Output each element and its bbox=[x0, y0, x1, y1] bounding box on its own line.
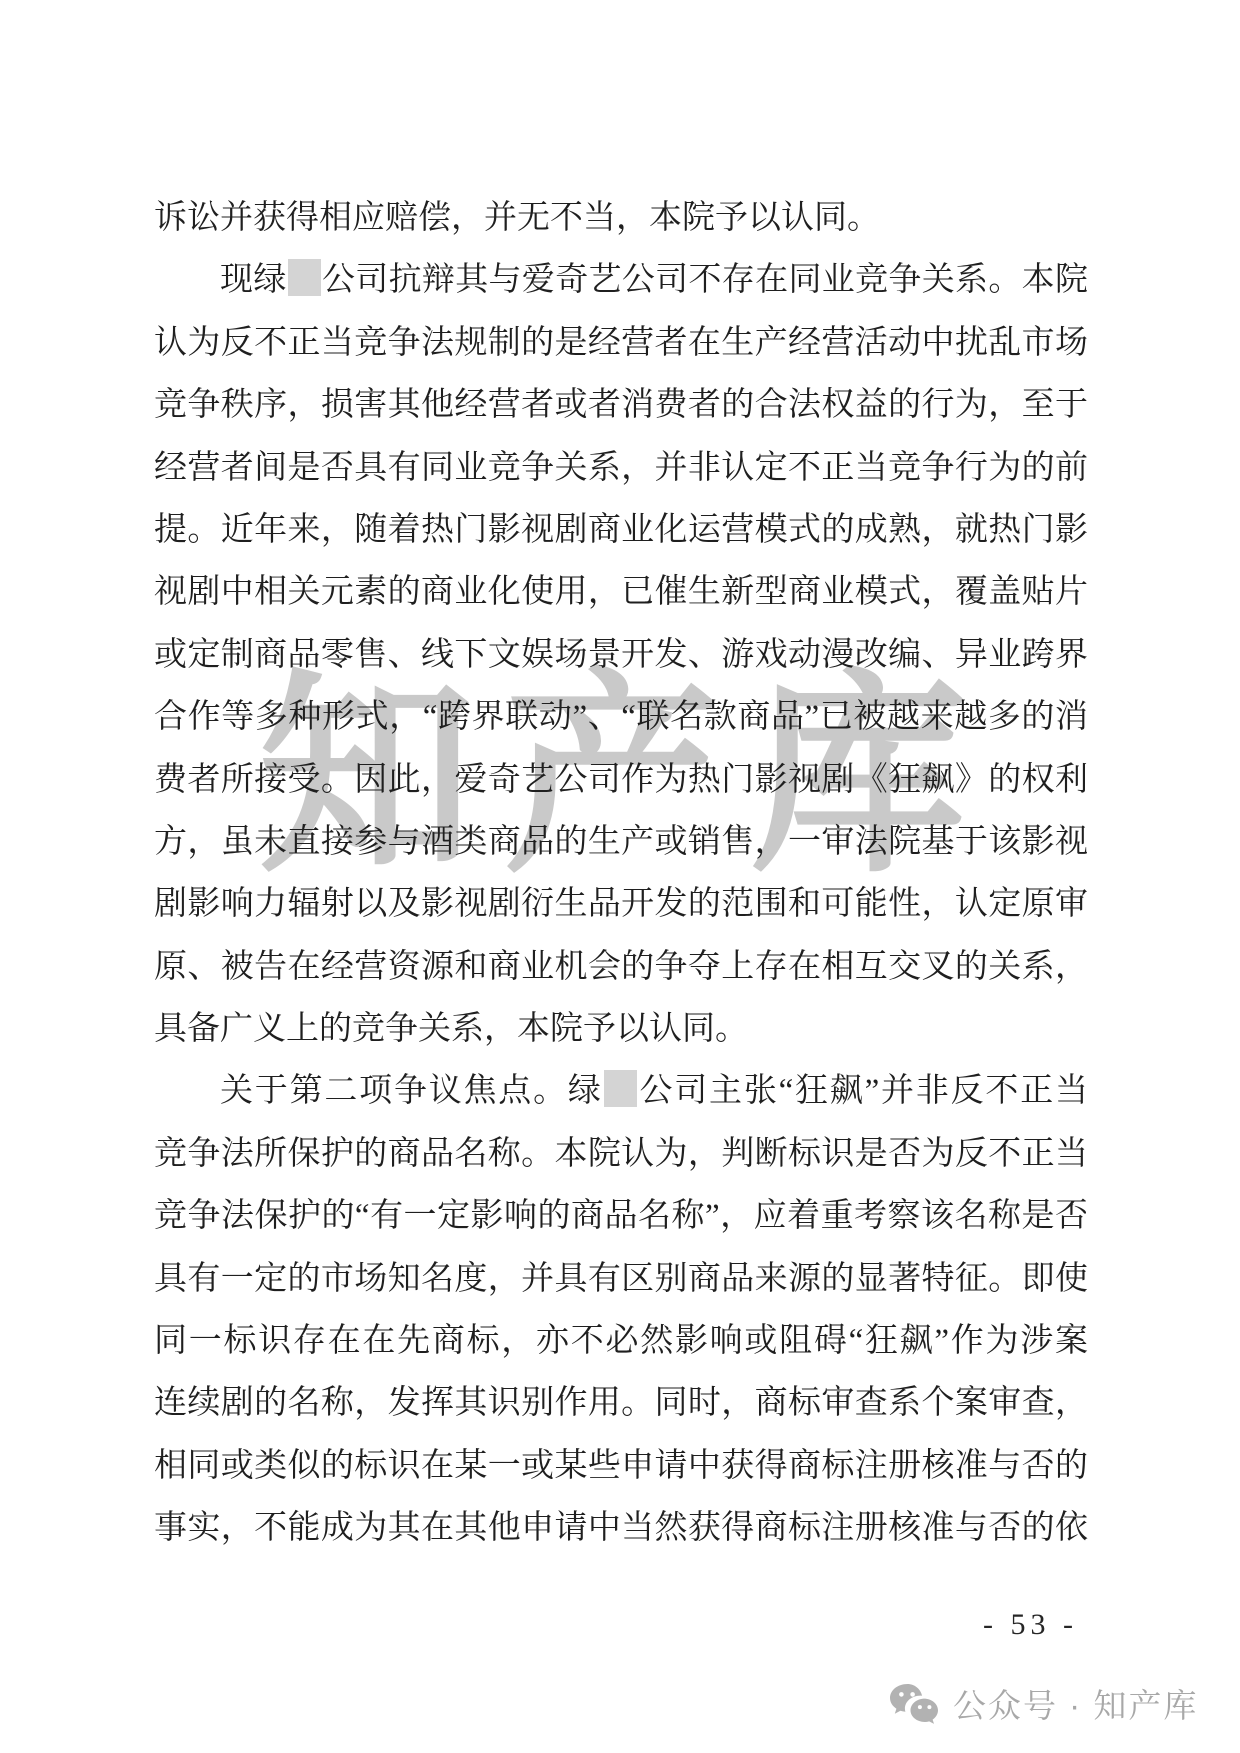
text-line: 诉讼并获得相应赔偿，并无不当，本院予以认同。 bbox=[154, 187, 1088, 249]
page-number: - 53 - bbox=[983, 1608, 1078, 1642]
text-line: 竞争法所保护的商品名称。本院认为，判断标识是否为反不正当 bbox=[154, 1123, 1088, 1185]
text-segment: 公司抗辩其与爱奇艺公司不存在同业竞争关系。本院 bbox=[322, 262, 1088, 298]
text-line: 认为反不正当竞争法规制的是经营者在生产经营活动中扰乱市场 bbox=[154, 312, 1088, 374]
text-line: 方，虽未直接参与酒类商品的生产或销售，一审法院基于该影视 bbox=[154, 811, 1088, 873]
text-line: 费者所接受。因此，爱奇艺公司作为热门影视剧《狂飙》的权利 bbox=[154, 749, 1088, 811]
text-segment: 关于第二项争议焦点。绿 bbox=[220, 1073, 603, 1109]
text-line: 原、被告在经营资源和商业机会的争夺上存在相互交叉的关系， bbox=[154, 936, 1088, 998]
wechat-icon bbox=[888, 1683, 940, 1725]
document-page: 知产库 诉讼并获得相应赔偿，并无不当，本院予以认同。 现绿公司抗辩其与爱奇艺公司… bbox=[0, 0, 1240, 1753]
text-line: 剧影响力辐射以及影视剧衍生品开发的范围和可能性，认定原审 bbox=[154, 873, 1088, 935]
footer-label: 公众号 · 知产库 bbox=[953, 1680, 1198, 1727]
text-line: 具备广义上的竞争关系，本院予以认同。 bbox=[154, 998, 1088, 1060]
text-line: 视剧中相关元素的商业化使用，已催生新型商业模式，覆盖贴片 bbox=[154, 561, 1088, 623]
text-line: 事实，不能成为其在其他申请中当然获得商标注册核准与否的依 bbox=[154, 1497, 1088, 1559]
text-line: 竞争秩序，损害其他经营者或者消费者的合法权益的行为，至于 bbox=[154, 374, 1088, 436]
text-segment: 现绿 bbox=[220, 262, 287, 298]
text-segment: 公司主张“狂飙”并非反不正当 bbox=[638, 1073, 1088, 1109]
text-line: 具有一定的市场知名度，并具有区别商品来源的显著特征。即使 bbox=[154, 1248, 1088, 1310]
redaction-box bbox=[604, 1070, 637, 1107]
text-line: 竞争法保护的“有一定影响的商品名称”，应着重考察该名称是否 bbox=[154, 1185, 1088, 1247]
text-line: 同一标识存在在先商标，亦不必然影响或阻碍“狂飙”作为涉案 bbox=[154, 1310, 1088, 1372]
text-line: 连续剧的名称，发挥其识别作用。同时，商标审查系个案审查， bbox=[154, 1372, 1088, 1434]
text-line: 现绿公司抗辩其与爱奇艺公司不存在同业竞争关系。本院 bbox=[154, 249, 1088, 311]
text-line: 经营者间是否具有同业竞争关系，并非认定不正当竞争行为的前 bbox=[154, 437, 1088, 499]
text-line: 合作等多种形式，“跨界联动”、“联名款商品”已被越来越多的消 bbox=[154, 686, 1088, 748]
redaction-box bbox=[288, 259, 321, 296]
text-line: 关于第二项争议焦点。绿公司主张“狂飙”并非反不正当 bbox=[154, 1060, 1088, 1122]
footer-credit: 公众号 · 知产库 bbox=[888, 1680, 1198, 1727]
text-line: 提。近年来，随着热门影视剧商业化运营模式的成熟，就热门影 bbox=[154, 499, 1088, 561]
text-line: 或定制商品零售、线下文娱场景开发、游戏动漫改编、异业跨界 bbox=[154, 624, 1088, 686]
text-line: 相同或类似的标识在某一或某些申请中获得商标注册核准与否的 bbox=[154, 1435, 1088, 1497]
judgment-text-block: 诉讼并获得相应赔偿，并无不当，本院予以认同。 现绿公司抗辩其与爱奇艺公司不存在同… bbox=[154, 187, 1088, 1560]
